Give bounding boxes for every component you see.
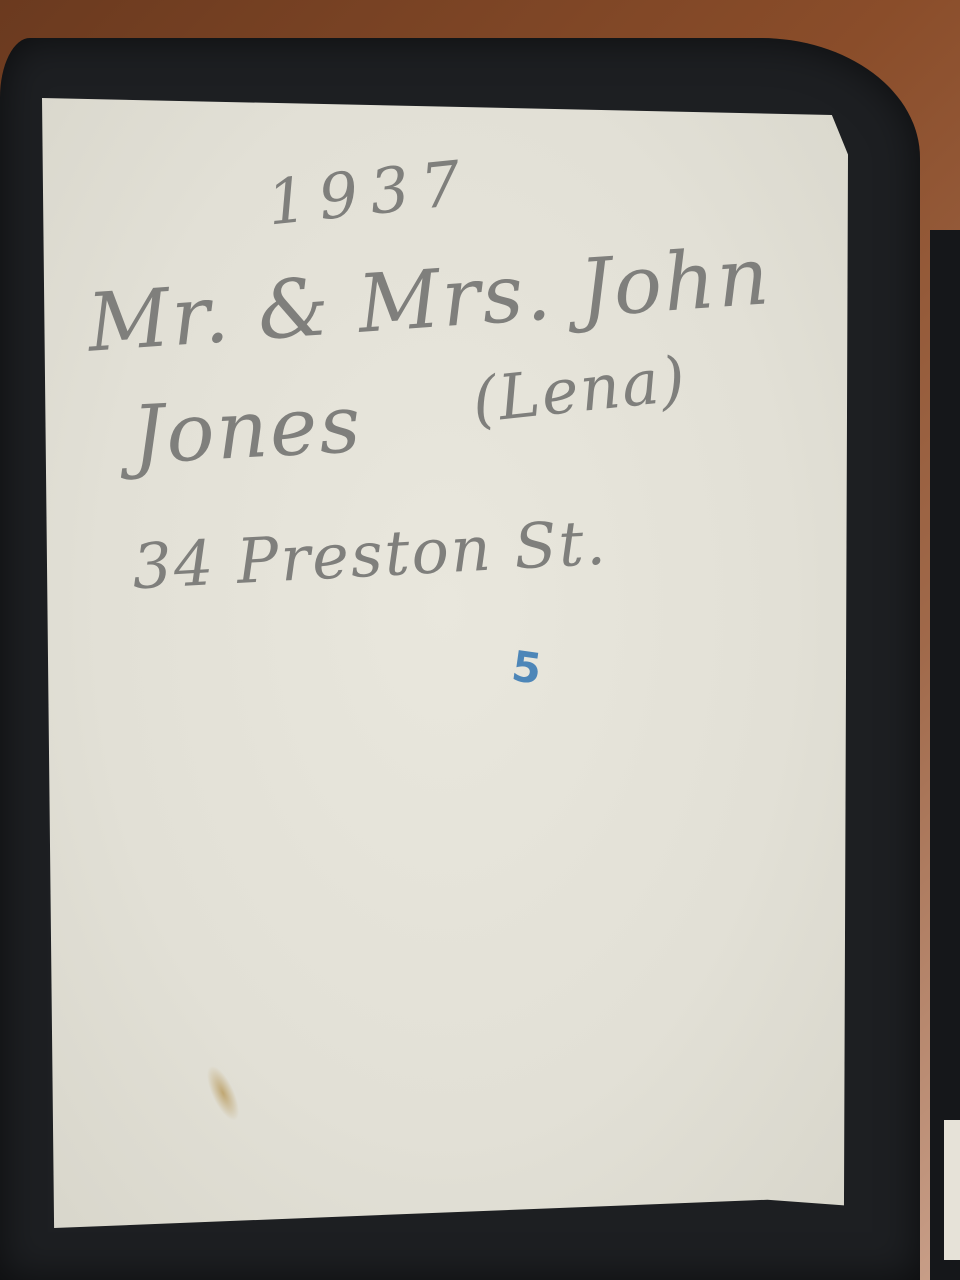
- inscription-address: 34 Preston St.: [130, 506, 609, 604]
- adjacent-page-edge: [944, 1120, 960, 1260]
- photo-album-page: 1937 Mr. & Mrs. John Jones (Lena) 34 Pre…: [0, 38, 920, 1280]
- stain-mark: [200, 1061, 245, 1125]
- inscription-surname: Jones: [130, 377, 365, 482]
- stamp-number: 5: [509, 641, 545, 694]
- photo-card-back: 1937 Mr. & Mrs. John Jones (Lena) 34 Pre…: [42, 98, 848, 1228]
- inscription-wife-name: (Lena): [469, 342, 691, 437]
- inscription-year: 1937: [264, 145, 476, 239]
